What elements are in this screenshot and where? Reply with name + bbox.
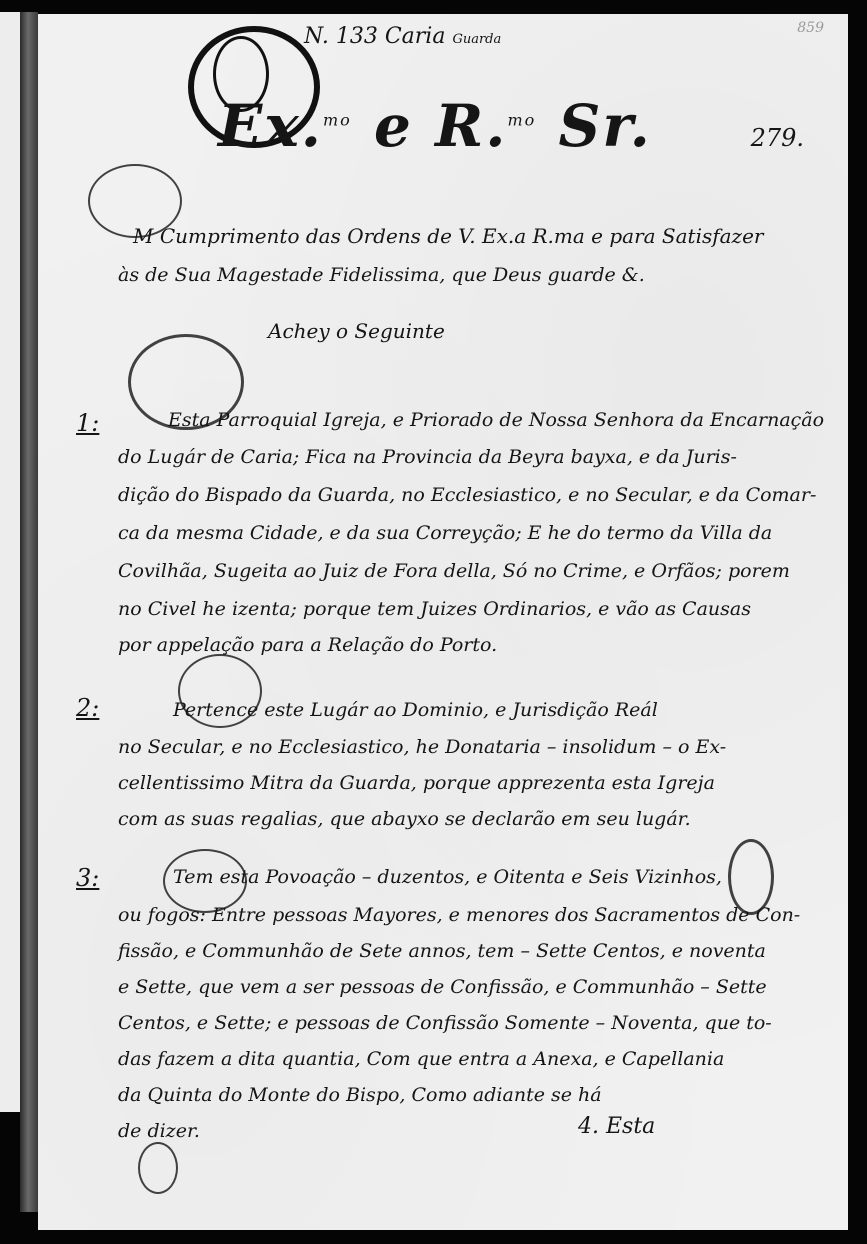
paragraph-line: Tem esta Povoação – duzentos, e Oitenta … — [173, 866, 722, 888]
paragraph-line: no Secular, e no Ecclesiastico, he Donat… — [118, 736, 726, 758]
salutation-r: e R. — [374, 92, 508, 160]
intro-line: Achey o Seguinte — [268, 319, 445, 343]
paragraph-number: 1: — [76, 409, 99, 437]
paragraph-line: das fazem a dita quantia, Com que entra … — [118, 1048, 724, 1070]
intro-line: às de Sua Magestade Fidelissima, que Deu… — [118, 264, 645, 286]
paragraph-line: Covilhãa, Sugeita ao Juiz de Fora della,… — [118, 560, 790, 582]
paragraph-line: ou fogos: Entre pessoas Mayores, e menor… — [118, 904, 800, 926]
archive-reference-text: N. 133 Caria — [304, 24, 445, 49]
folio-number: 859 — [797, 20, 824, 36]
paragraph-line: no Civel he izenta; porque tem Juizes Or… — [118, 598, 751, 620]
paragraph-line: Pertence este Lugár ao Dominio, e Jurisd… — [173, 699, 658, 721]
paragraph-line: da Quinta do Monte do Bispo, Como adiant… — [118, 1084, 602, 1106]
previous-page-edge — [0, 12, 20, 1112]
manuscript-page: N. 133 Caria Guarda 859 Ex.mo e R.mo Sr.… — [38, 14, 848, 1230]
salutation-sr: Sr. — [559, 92, 652, 160]
salutation: Ex.mo e R.mo Sr. — [218, 92, 652, 160]
page-number: 279. — [751, 124, 804, 152]
paragraph-line: e Sette, que vem a ser pessoas de Confis… — [118, 976, 767, 998]
paragraph-line: Centos, e Sette; e pessoas de Confissão … — [118, 1012, 772, 1034]
paragraph-line: por appelação para a Relação do Porto. — [118, 634, 497, 656]
paragraph-line: de dizer. — [118, 1120, 200, 1142]
salutation-ex: Ex. — [218, 92, 323, 160]
paragraph-line: fissão, e Communhão de Sete annos, tem –… — [118, 940, 766, 962]
paragraph-line: Esta Parroquial Igreja, e Priorado de No… — [168, 409, 824, 431]
end-flourish — [138, 1142, 178, 1194]
paragraph-line: cellentissimo Mitra da Guarda, porque ap… — [118, 772, 715, 794]
paragraph-number: 2: — [76, 694, 99, 722]
paragraph-line: com as suas regalias, que abayxo se decl… — [118, 808, 691, 830]
salutation-sup2: mo — [508, 111, 537, 130]
archive-reference-note: Guarda — [452, 32, 501, 47]
paragraph-line: ca da mesma Cidade, e da sua Correyção; … — [118, 522, 772, 544]
intro-line: M Cumprimento das Ordens de V. Ex.a R.ma… — [133, 224, 764, 248]
book-binding — [20, 12, 38, 1212]
paragraph-line: dição do Bispado da Guarda, no Ecclesias… — [118, 484, 816, 506]
catchword: 4. Esta — [578, 1114, 655, 1139]
paragraph-line: do Lugár de Caria; Fica na Provincia da … — [118, 446, 737, 468]
paragraph-number: 3: — [76, 864, 99, 892]
salutation-sup1: mo — [323, 111, 352, 130]
archive-reference: N. 133 Caria Guarda — [304, 24, 501, 49]
